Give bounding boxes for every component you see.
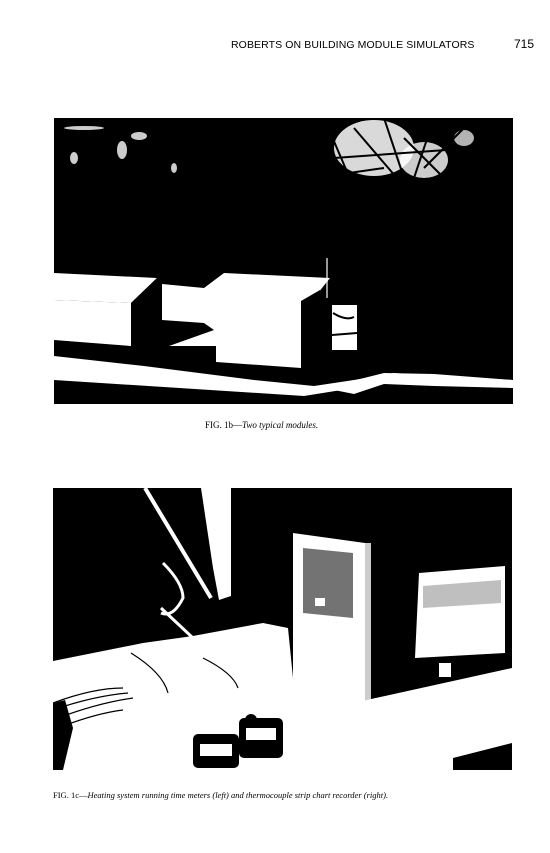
figure-1c-caption: FIG. 1c—Heating system running time mete…	[53, 790, 388, 800]
page-number: 715	[514, 37, 534, 51]
figure-1b-caption-text: Two typical modules.	[242, 420, 318, 430]
modules-photo-illustration	[54, 118, 513, 404]
figure-1c-caption-text: Heating system running time meters (left…	[87, 790, 388, 800]
running-head: ROBERTS ON BUILDING MODULE SIMULATORS	[231, 39, 475, 51]
figure-1b-photo	[54, 118, 513, 404]
figure-1b-caption: FIG. 1b—Two typical modules.	[205, 420, 318, 430]
figure-1c-photo	[53, 488, 512, 770]
figure-1c-label: FIG. 1c—	[53, 790, 87, 800]
recorder-photo-illustration	[53, 488, 512, 770]
figure-1b-label: FIG. 1b—	[205, 420, 242, 430]
